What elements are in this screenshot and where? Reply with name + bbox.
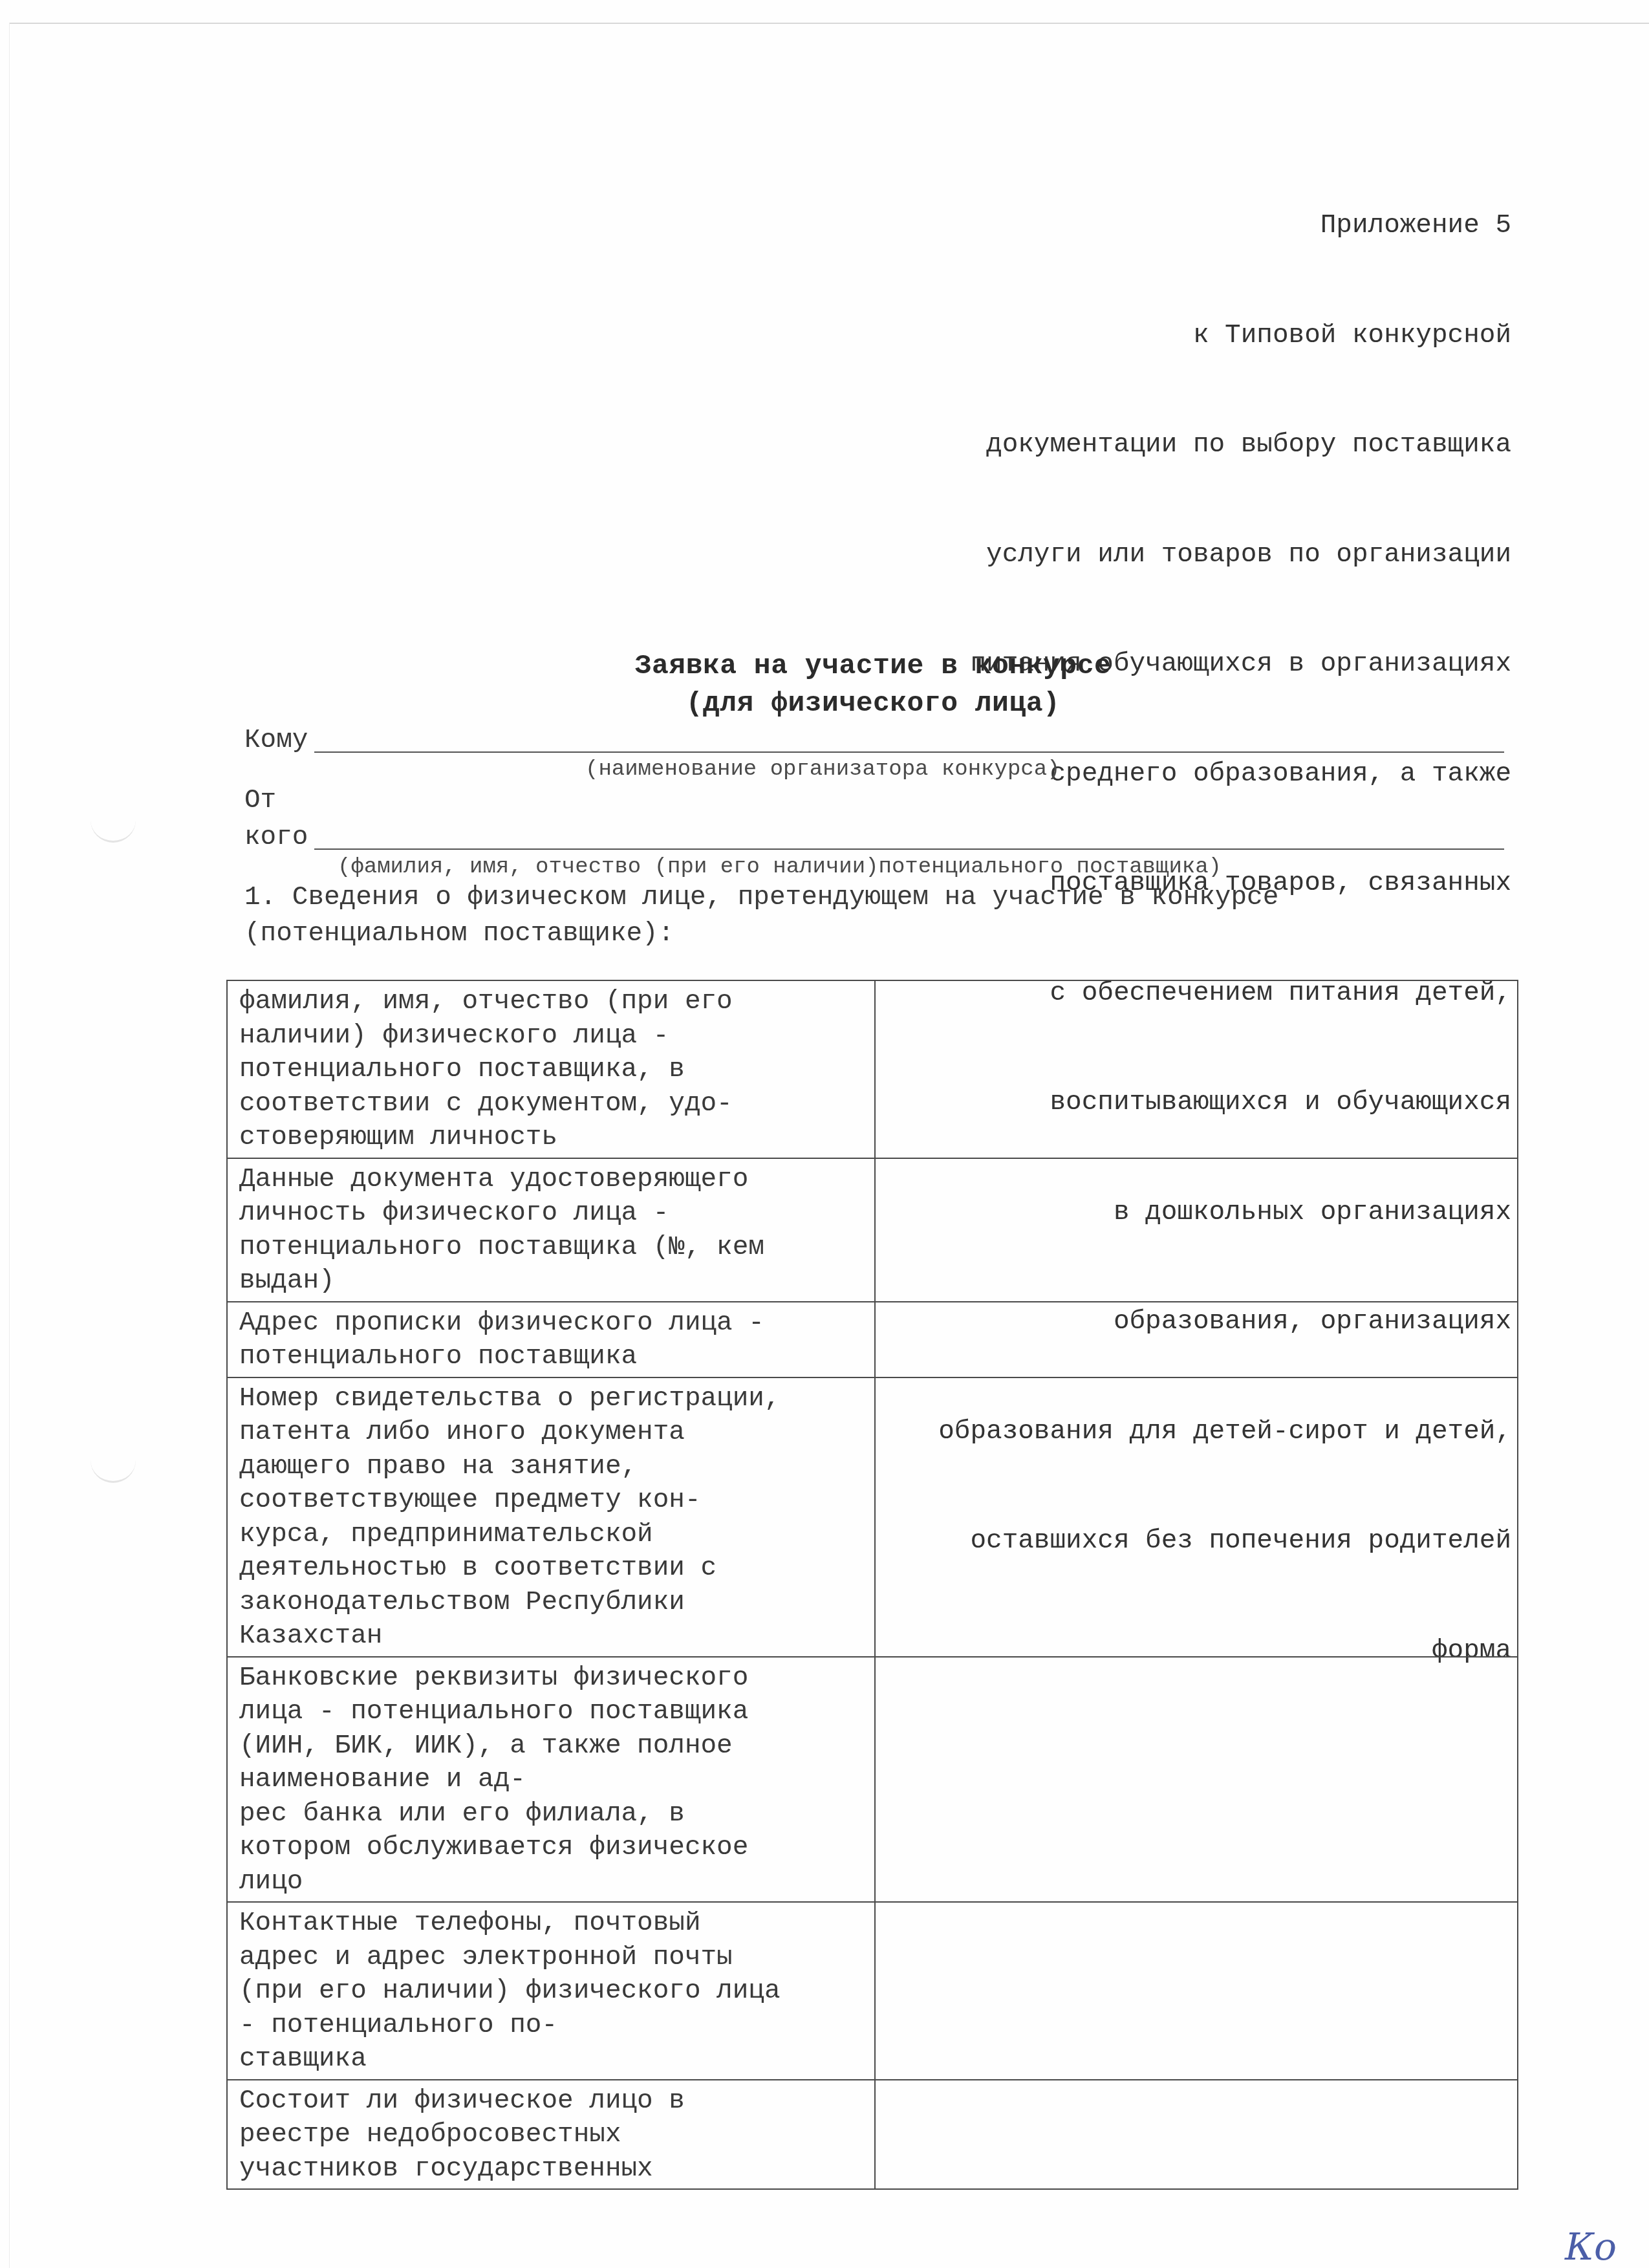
table-row: фамилия, имя, отчество (при его наличии)…	[227, 980, 1518, 1158]
scan-edge-top	[10, 23, 1649, 24]
row-value-contacts[interactable]	[875, 1902, 1518, 2080]
scan-edge-left	[9, 23, 10, 2268]
section-heading-line: 1. Сведения о физическом лице, претендую…	[244, 880, 1278, 916]
row-value-id-document[interactable]	[875, 1158, 1518, 1302]
table-row: Банковские реквизиты физического лица - …	[227, 1657, 1518, 1903]
punch-hole-mark	[91, 1449, 136, 1483]
row-label-registered-address: Адрес прописки физического лица - потенц…	[227, 1302, 875, 1377]
row-label-registration-certificate: Номер свидетельства о регистрации, патен…	[227, 1377, 875, 1657]
from-label-cont: кого	[244, 823, 308, 852]
appendix-line: услуги или товаров по организации	[735, 537, 1511, 574]
appendix-line: Приложение 5	[735, 208, 1511, 244]
appendix-line: документации по выбору поставщика	[735, 427, 1511, 464]
appendix-line: к Типовой конкурсной	[735, 318, 1511, 354]
table-row: Номер свидетельства о регистрации, патен…	[227, 1377, 1518, 1657]
row-label-unscrupulous-registry: Состоит ли физическое лицо в реестре нед…	[227, 2080, 875, 2190]
table-row: Состоит ли физическое лицо в реестре нед…	[227, 2080, 1518, 2190]
section-heading: 1. Сведения о физическом лице, претендую…	[244, 880, 1278, 952]
supplier-info-table: фамилия, имя, отчество (при его наличии)…	[226, 980, 1518, 2190]
to-hint: (наименование организатора конкурса)	[585, 757, 1061, 782]
row-value-bank-details[interactable]	[875, 1657, 1518, 1903]
row-value-unscrupulous-registry[interactable]	[875, 2080, 1518, 2190]
row-label-bank-details: Банковские реквизиты физического лица - …	[227, 1657, 875, 1903]
document-title: Заявка на участие в конкурсе	[226, 650, 1520, 682]
from-hint: (фамилия, имя, отчество (при его наличии…	[338, 855, 1222, 880]
document-page: Приложение 5 к Типовой конкурсной докуме…	[0, 0, 1649, 2268]
to-label: Кому	[244, 726, 308, 755]
row-label-full-name: фамилия, имя, отчество (при его наличии)…	[227, 980, 875, 1158]
table-row: Контактные телефоны, почтовый адрес и ад…	[227, 1902, 1518, 2080]
handwritten-initials: Ко	[1565, 2225, 1617, 2268]
punch-hole-mark	[91, 808, 136, 843]
row-value-full-name[interactable]	[875, 980, 1518, 1158]
row-value-registered-address[interactable]	[875, 1302, 1518, 1377]
row-value-registration-certificate[interactable]	[875, 1377, 1518, 1657]
from-field[interactable]	[314, 848, 1504, 850]
row-label-id-document: Данные документа удостоверяющего личност…	[227, 1158, 875, 1302]
document-subtitle: (для физического лица)	[226, 687, 1520, 719]
from-label: От	[244, 786, 276, 815]
table-row: Адрес прописки физического лица - потенц…	[227, 1302, 1518, 1377]
row-label-contacts: Контактные телефоны, почтовый адрес и ад…	[227, 1902, 875, 2080]
section-heading-line: (потенциальном поставщике):	[244, 916, 1278, 952]
table-row: Данные документа удостоверяющего личност…	[227, 1158, 1518, 1302]
to-field[interactable]	[314, 751, 1504, 753]
